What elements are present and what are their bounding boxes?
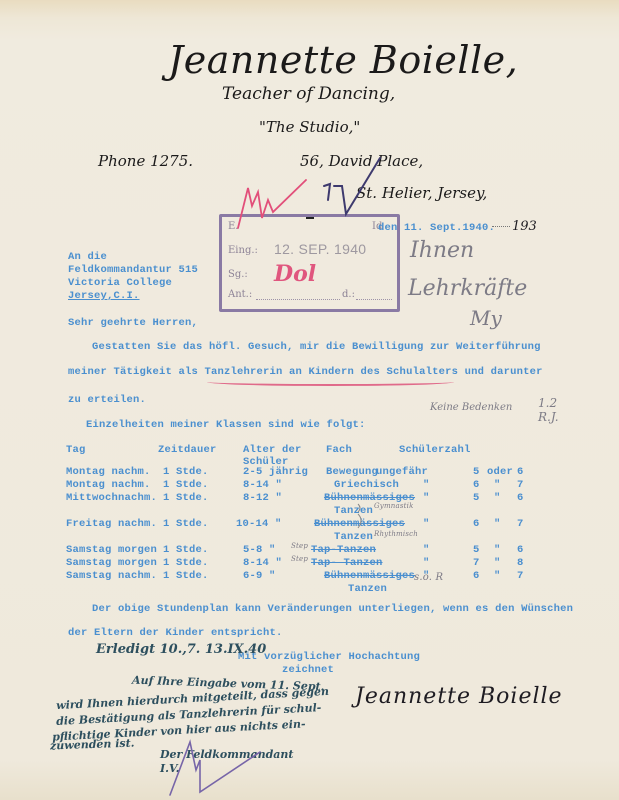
table-row: Samstag morgen1 Stde.8-14 ""7"8Tap- Tanz… bbox=[66, 557, 586, 570]
stamp-dotted-line bbox=[256, 299, 340, 300]
separator-cell: " bbox=[494, 518, 501, 530]
body-text: und darunter bbox=[458, 366, 543, 378]
header-subject: Fach bbox=[326, 444, 352, 456]
approx-cell: " bbox=[423, 479, 430, 491]
day-cell: Mittwochnachm. bbox=[66, 492, 157, 504]
age-cell: 6-9 " bbox=[243, 570, 276, 582]
letterhead-city: St. Helier, Jersey, bbox=[356, 184, 487, 202]
min-pupils-cell: 6 bbox=[473, 518, 480, 530]
duration-cell: 1 Stde. bbox=[163, 570, 209, 582]
dateline-year-suffix: 193 bbox=[512, 219, 537, 234]
approx-cell: ungefähr bbox=[376, 466, 428, 478]
day-cell: Montag nachm. bbox=[66, 466, 151, 478]
stamp-red-initials: Dol bbox=[274, 261, 316, 287]
subject-cell: Tap-Tanzen bbox=[311, 544, 376, 556]
table-row: Samstag morgen1 Stde.5-8 ""5"6Tap-Tanzen… bbox=[66, 544, 586, 557]
recipient-line-2: Feldkommandantur 515 bbox=[68, 264, 198, 276]
handwritten-note: Step bbox=[291, 555, 308, 563]
closing-line-2: der Eltern der Kinder entspricht. bbox=[68, 627, 283, 639]
recipient-line-1: An die bbox=[68, 251, 107, 263]
day-cell: Samstag morgen bbox=[66, 557, 157, 569]
reply-date-note: Erledigt 10.,7. 13.IX.40 bbox=[96, 642, 266, 657]
handwritten-note: Rhythmisch bbox=[374, 530, 418, 538]
subject-cell: Griechisch bbox=[334, 479, 399, 491]
subject-cell-line-2: Tanzen bbox=[334, 505, 373, 517]
subject-cell-line-2: Tanzen bbox=[348, 583, 387, 595]
table-row: Montag nachm.1 Stde.2-5 jährigungefähr5o… bbox=[66, 466, 586, 479]
header-pupils: Schülerzahl bbox=[399, 444, 471, 456]
separator-cell: " bbox=[494, 492, 501, 504]
body-paragraph-1-line-1: Gestatten Sie das höfl. Gesuch, mir die … bbox=[92, 341, 541, 353]
closing-signs: zeichnet bbox=[282, 664, 334, 676]
min-pupils-cell: 5 bbox=[473, 544, 480, 556]
age-cell: 8-14 " bbox=[243, 479, 282, 491]
day-cell: Montag nachm. bbox=[66, 479, 151, 491]
stamp-dotted-line bbox=[356, 299, 392, 300]
handwritten-note: Step bbox=[291, 542, 308, 550]
duration-cell: 1 Stde. bbox=[163, 492, 209, 504]
day-cell: Samstag morgen bbox=[66, 544, 157, 556]
stamp-row2-label: Eing.: bbox=[228, 245, 258, 256]
min-pupils-cell: 6 bbox=[473, 570, 480, 582]
handwritten-note: Gymnastik bbox=[374, 502, 414, 510]
table-header: Tag Zeitdauer Alter der Schüler Fach Sch… bbox=[66, 444, 586, 457]
min-pupils-cell: 5 bbox=[473, 466, 480, 478]
table-row: Montag nachm.1 Stde.8-14 ""6"7Griechisch bbox=[66, 479, 586, 492]
age-cell: 10-14 " bbox=[236, 518, 282, 530]
reply-line-7: I.V. bbox=[160, 762, 179, 775]
duration-cell: 1 Stde. bbox=[163, 544, 209, 556]
table-row: Samstag nachm.1 Stde.6-9 ""6"7Bühnenmäss… bbox=[66, 570, 586, 583]
age-cell: 8-14 " bbox=[243, 557, 282, 569]
duration-cell: 1 Stde. bbox=[163, 479, 209, 491]
body-paragraph-1-line-2: meiner Tätigkeit als Tanzlehrerin an Kin… bbox=[68, 366, 543, 378]
body-text-underlined: Tanzlehrerin an Kindern des Schulalters bbox=[205, 366, 459, 378]
table-row: Mittwochnachm.1 Stde.8-12 ""5"6Bühnenmäs… bbox=[66, 492, 586, 505]
duration-cell: 1 Stde. bbox=[163, 466, 209, 478]
separator-cell: " bbox=[494, 570, 501, 582]
salutation: Sehr geehrte Herren, bbox=[68, 317, 198, 329]
separator-cell: " bbox=[494, 544, 501, 556]
subject-cell: Tap- Tanzen bbox=[311, 557, 383, 569]
receipt-stamp: E. Id Eing.: 12. SEP. 1940 Sg.: Ant.: d.… bbox=[219, 214, 400, 312]
stamp-row3-label: Sg.: bbox=[228, 269, 248, 280]
duration-cell: 1 Stde. bbox=[163, 557, 209, 569]
header-day: Tag bbox=[66, 444, 86, 456]
max-pupils-cell: 7 bbox=[517, 570, 524, 582]
age-cell: 5-8 " bbox=[243, 544, 276, 556]
max-pupils-cell: 6 bbox=[517, 466, 524, 478]
letterhead-studio: "The Studio," bbox=[259, 118, 360, 136]
letterhead-title: Teacher of Dancing, bbox=[222, 84, 395, 104]
separator-cell: oder bbox=[487, 466, 513, 478]
body-text: meiner Tätigkeit als bbox=[68, 366, 205, 378]
margin-note-initials: My bbox=[470, 306, 502, 330]
age-cell: 8-12 " bbox=[243, 492, 282, 504]
age-cell: 2-5 jährig bbox=[243, 466, 308, 478]
table-row: Freitag nachm.1 Stde.10-14 ""6"7Bühnenmä… bbox=[66, 518, 586, 531]
duration-cell: 1 Stde. bbox=[163, 518, 209, 530]
day-cell: Freitag nachm. bbox=[66, 518, 157, 530]
subject-cell: Bühnenmässiges bbox=[314, 518, 405, 530]
handwritten-note: s.o. R bbox=[414, 572, 443, 583]
reply-line-6: Der Feldkommandant bbox=[160, 748, 294, 761]
subject-cell: Bewegung bbox=[326, 466, 378, 478]
dateline-dots bbox=[492, 226, 510, 227]
recipient-line-4: Jersey,C.I. bbox=[68, 290, 140, 302]
separator-cell: " bbox=[494, 557, 501, 569]
margin-note-initials-right: 1.2 R.J. bbox=[538, 396, 562, 424]
subject-cell-line-2: Tanzen bbox=[334, 531, 373, 543]
margin-note-keine-bedenken: Keine Bedenken bbox=[430, 402, 512, 413]
subject-cell: Bühnenmässiges bbox=[324, 570, 415, 582]
letterhead-phone: Phone 1275. bbox=[98, 152, 193, 170]
stamp-row4-label: Ant.: bbox=[228, 289, 252, 300]
recipient-line-3: Victoria College bbox=[68, 277, 172, 289]
stamp-row1-label: E. bbox=[228, 221, 238, 232]
red-pencil-underline bbox=[207, 378, 454, 386]
approx-cell: " bbox=[423, 518, 430, 530]
max-pupils-cell: 7 bbox=[517, 518, 524, 530]
body-paragraph-1-line-3: zu erteilen. bbox=[68, 394, 146, 406]
header-age: Alter der bbox=[243, 444, 302, 456]
separator-cell: " bbox=[494, 479, 501, 491]
min-pupils-cell: 5 bbox=[473, 492, 480, 504]
max-pupils-cell: 7 bbox=[517, 479, 524, 491]
classes-intro: Einzelheiten meiner Klassen sind wie fol… bbox=[86, 419, 366, 431]
min-pupils-cell: 7 bbox=[473, 557, 480, 569]
min-pupils-cell: 6 bbox=[473, 479, 480, 491]
max-pupils-cell: 6 bbox=[517, 492, 524, 504]
header-duration: Zeitdauer bbox=[158, 444, 217, 456]
max-pupils-cell: 8 bbox=[517, 557, 524, 569]
day-cell: Samstag nachm. bbox=[66, 570, 157, 582]
signature: Jeannette Boielle bbox=[355, 684, 563, 709]
margin-note-top-2: Lehrkräfte bbox=[408, 276, 527, 301]
stamp-date: 12. SEP. 1940 bbox=[274, 241, 366, 257]
letterhead-name: Jeannette Boielle, bbox=[168, 38, 518, 82]
letterhead-street: 56, David Place, bbox=[300, 152, 423, 170]
closing-line-1: Der obige Stundenplan kann Veränderungen… bbox=[92, 603, 573, 615]
approx-cell: " bbox=[423, 492, 430, 504]
approx-cell: " bbox=[423, 557, 430, 569]
max-pupils-cell: 6 bbox=[517, 544, 524, 556]
dateline: den 11. Sept.1940. bbox=[378, 222, 495, 234]
approx-cell: " bbox=[423, 544, 430, 556]
margin-note-top-1: Ihnen bbox=[410, 238, 474, 263]
stamp-row4-suffix: d.: bbox=[342, 289, 355, 300]
